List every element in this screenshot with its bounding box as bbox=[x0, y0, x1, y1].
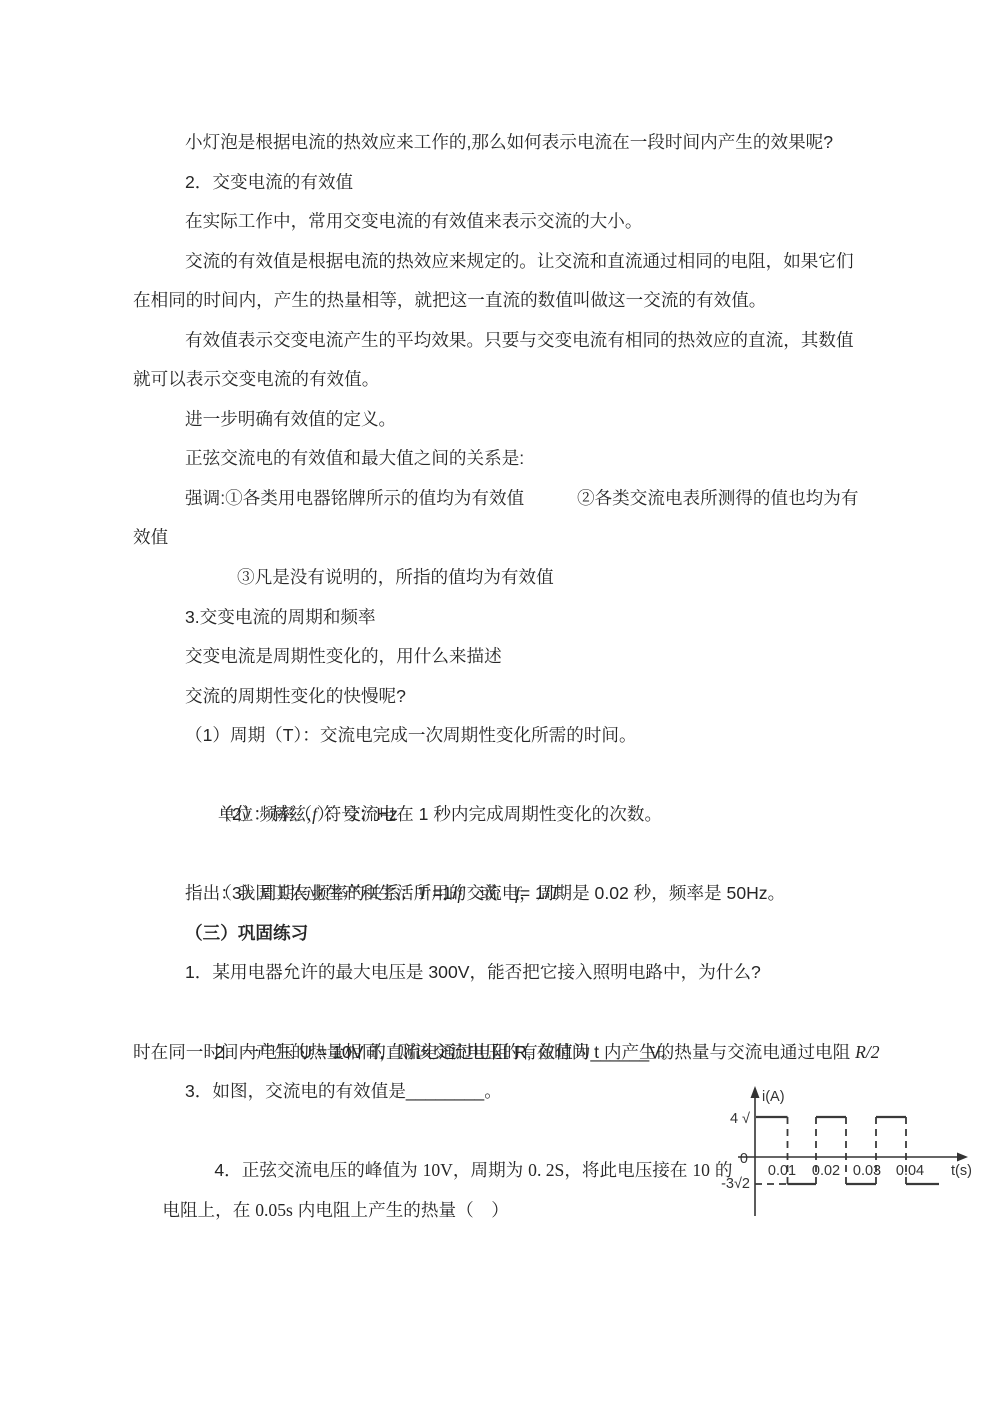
text-line: 交变电流是周期性变化的，用什么来描述 bbox=[133, 637, 913, 677]
y-level-high-label: 4 √ bbox=[730, 1111, 750, 1127]
current-waveform-figure: i(A) 4 √ 0 -3√2 0.01 0.02 0.03 0.04 t(s) bbox=[700, 1084, 992, 1220]
y-axis-label: i(A) bbox=[762, 1089, 785, 1105]
text-line: 交流的周期性变化的快慢呢? bbox=[133, 677, 913, 717]
text-run: 4．正弦交流电压的峰值为 bbox=[214, 1160, 422, 1180]
document-page: 小灯泡是根据电流的热效应来工作的,那么如何表示电流在一段时间内产生的效果呢? 2… bbox=[0, 0, 1000, 1414]
text-run: ，将此电压接在 bbox=[564, 1160, 692, 1180]
document-body: 小灯泡是根据电流的热效应来工作的,那么如何表示电流在一段时间内产生的效果呢? 2… bbox=[133, 123, 913, 1191]
x-tick-label: 0.01 bbox=[768, 1163, 796, 1179]
text-line: 在相同的时间内，产生的热量相等，就把这一直流的数值叫做这一交流的有效值。 bbox=[133, 281, 913, 321]
value-time: 0.05s bbox=[255, 1200, 293, 1220]
x-axis-label: t(s) bbox=[951, 1163, 972, 1179]
text-run: 电阻上，在 bbox=[162, 1200, 255, 1220]
value-period: 0. 2S bbox=[528, 1160, 564, 1180]
text-line: 进一步明确有效值的定义。 bbox=[133, 400, 913, 440]
section-heading-exercises: （三）巩固练习 bbox=[133, 914, 913, 954]
x-axis-arrow-icon bbox=[957, 1153, 968, 1162]
y-level-low-label: -3√2 bbox=[721, 1176, 750, 1192]
text-line: 指出：我国工农业生产和生活所用的交流电，周期是 0.02 秒，频率是 50Hz。 bbox=[133, 874, 913, 914]
text-line: 在实际工作中，常用交变电流的有效值来表示交流的大小。 bbox=[133, 202, 913, 242]
value-10V: 10V bbox=[423, 1160, 453, 1180]
x-tick-label: 0.03 bbox=[853, 1163, 881, 1179]
variable-R-over-2: R/2 bbox=[855, 1042, 879, 1062]
x-tick-label: 0.04 bbox=[896, 1163, 924, 1179]
y-level-zero-label: 0 bbox=[740, 1151, 748, 1167]
text-line: 小灯泡是根据电流的热效应来工作的,那么如何表示电流在一段时间内产生的效果呢? bbox=[133, 123, 913, 163]
text-line: 强调:①各类用电器铭牌所示的值均为有效值 ②各类交流电表所测得的值也均为有 bbox=[133, 479, 913, 519]
text-line: 正弦交流电的有效值和最大值之间的关系是: bbox=[133, 439, 913, 479]
exercise-line: 2．一电压 U = 10V 的直流电通过电阻 R, 在时间 t 内产生的热量与交… bbox=[133, 993, 913, 1033]
exercise-line: 1．某用电器允许的最大电压是 300V，能否把它接入照明电路中，为什么? bbox=[133, 953, 913, 993]
text-line: （2）频率（f）：交流电在 1 秒内完成周期性变化的次数。 bbox=[133, 756, 913, 796]
y-axis-arrow-icon bbox=[751, 1086, 760, 1098]
text-run: ，周期为 bbox=[453, 1160, 528, 1180]
text-line: 效值 bbox=[133, 518, 913, 558]
text-line: （1）周期（T）：交流电完成一次周期性变化所需的时间。 bbox=[133, 716, 913, 756]
text-line: 有效值表示交变电流产生的平均效果。只要与交变电流有相同的热效应的直流，其数值 bbox=[133, 321, 913, 361]
text-line: 就可以表示交变电流的有效值。 bbox=[133, 360, 913, 400]
text-line: ③凡是没有说明的，所指的值均为有效值 bbox=[133, 558, 913, 598]
x-tick-label: 0.02 bbox=[812, 1163, 840, 1179]
text-line: 交流的有效值是根据电流的热效应来规定的。让交流和直流通过相同的电阻，如果它们 bbox=[133, 242, 913, 282]
text-run: 内电阻上产生的热量（ ） bbox=[293, 1200, 509, 1220]
section-heading: 2．交变电流的有效值 bbox=[133, 163, 913, 203]
text-line: （3）周期与频率的关系：T =1/f 或 f= 1/T bbox=[133, 835, 913, 875]
section-heading: 3.交变电流的周期和频率 bbox=[133, 598, 913, 638]
